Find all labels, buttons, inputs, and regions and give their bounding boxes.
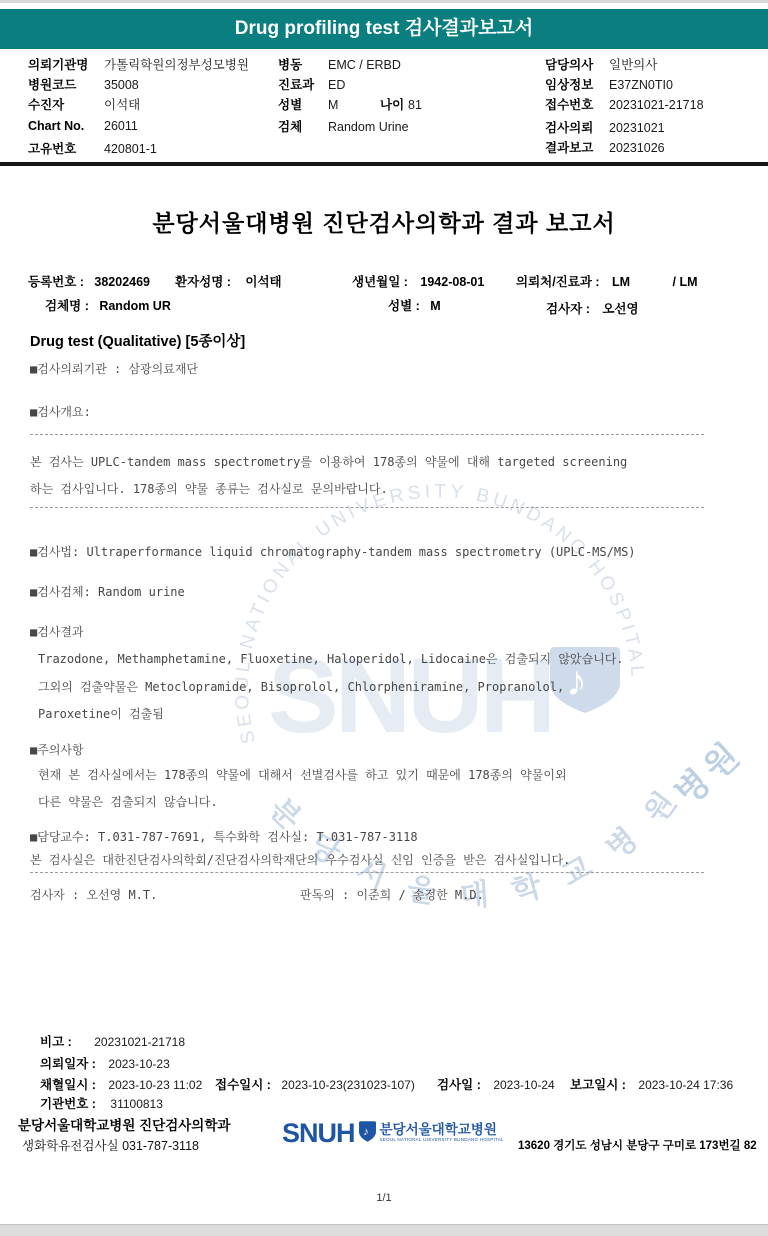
body-line: 하는 검사입니다. 178종의 약물 종류는 검사실로 문의바랍니다.	[30, 480, 388, 497]
dashed-divider	[30, 434, 704, 435]
field-label: 보고일시 :	[570, 1078, 626, 1092]
field-label: 진료과	[278, 75, 328, 93]
field-value: / LM	[673, 275, 698, 289]
footer-lab-phone: 생화학유전검사실 031-787-3118	[22, 1136, 199, 1154]
dashed-divider	[30, 872, 704, 873]
snuh-note-glyph: ♪	[363, 1126, 369, 1138]
body-line: 현재 본 검사실에서는 178종의 약물에 대해서 선별검사를 하고 있기 때문…	[38, 766, 567, 783]
field-label: 검사일 :	[437, 1078, 481, 1092]
snuh-logo-korean: 분당서울대학교병원	[380, 1122, 504, 1137]
body-line: ■검사결과	[30, 623, 84, 640]
footer-address: 13620 경기도 성남시 분당구 구미로 173번길 82	[518, 1137, 757, 1153]
field-label: 검체명 :	[45, 299, 89, 313]
snuh-logo-text: SNUH	[282, 1120, 355, 1146]
field-label: 환자성명 :	[175, 275, 231, 289]
body-line: 본 검사실은 대한진단검사의학회/진단검사의학재단의 우수검사실 신임 인증을 …	[30, 851, 570, 868]
field-label: 나이	[380, 95, 408, 113]
field-label: 검사의뢰	[545, 118, 609, 136]
field-value: 1942-08-01	[420, 275, 484, 289]
field-value: LM	[612, 275, 630, 289]
snuh-logo: SNUH ♪ 분당서울대학교병원 SEOUL NATIONAL UNIVERSI…	[282, 1120, 504, 1146]
field-value: 31100813	[110, 1097, 163, 1111]
field-value: 이석태	[245, 275, 281, 289]
field-label: 결과보고	[545, 138, 609, 156]
bottom-bar	[0, 1224, 768, 1236]
body-line: ■주의사항	[30, 741, 84, 758]
top-divider	[0, 0, 768, 3]
field-value: M	[430, 299, 440, 313]
body-line: Paroxetine이 검출됨	[38, 705, 164, 722]
field-label: 비고 :	[40, 1035, 72, 1049]
watermark-accent-text: 병원	[667, 732, 740, 813]
field-label: 성별 :	[388, 299, 420, 313]
field-value: 38202469	[94, 275, 150, 289]
field-value: 20231026	[609, 141, 665, 155]
body-line: 그외의 검출약물은 Metoclopramide, Bisoprolol, Ch…	[38, 678, 564, 695]
field-value: 420801-1	[104, 142, 157, 156]
snuh-logo-english: SEOUL NATIONAL UNIVERSITY BUNDANG HOSPIT…	[380, 1137, 504, 1142]
watermark-arc-top-text: SEOUL NATIONAL UNIVERSITY BUNDANG HOSPIT…	[232, 481, 648, 746]
signature-examiner: 검사자 : 오선영 M.T.	[30, 886, 157, 903]
snuh-shield-icon: ♪	[359, 1121, 376, 1142]
field-value: 35008	[104, 78, 139, 92]
field-value: 20231021	[609, 121, 665, 135]
field-value: 20231021-21718	[94, 1035, 185, 1049]
field-label: 병원코드	[28, 75, 104, 93]
field-label: Chart No.	[28, 119, 104, 133]
field-value: EMC / ERBD	[328, 58, 401, 72]
report-main-title: 분당서울대병원 진단검사의학과 결과 보고서	[0, 205, 768, 238]
field-value: 2023-10-23(231023-107)	[281, 1078, 414, 1092]
field-label: 검체	[278, 117, 328, 135]
report-banner-title: Drug profiling test 검사결과보고서	[0, 9, 768, 49]
field-value: 81	[408, 98, 422, 112]
field-label: 의뢰기관명	[28, 55, 104, 73]
field-label: 접수일시 :	[215, 1078, 271, 1092]
body-line: 다른 약물은 검출되지 않습니다.	[38, 793, 218, 810]
dashed-divider	[30, 507, 704, 508]
footer-department: 분당서울대학교병원 진단검사의학과	[18, 1114, 230, 1134]
field-label: 검사자 :	[30, 888, 86, 902]
field-label: 수진자	[28, 95, 104, 113]
field-value: 2023-10-24 17:36	[638, 1078, 733, 1092]
body-line: 본 검사는 UPLC-tandem mass spectrometry를 이용하…	[30, 453, 627, 470]
field-label: 의뢰처/진료과 :	[516, 275, 600, 289]
field-value: 오선영 M.T.	[86, 888, 157, 902]
field-value: 오선영	[602, 302, 638, 316]
field-label: 생년월일 :	[352, 275, 408, 289]
field-value: 2023-10-24	[493, 1078, 554, 1092]
field-label: 병동	[278, 55, 328, 73]
field-label: 담당의사	[545, 55, 609, 73]
test-name-heading: Drug test (Qualitative) [5종이상]	[30, 330, 245, 351]
field-label: 고유번호	[28, 139, 104, 157]
field-value: 일반의사	[609, 55, 657, 73]
page-number: 1/1	[0, 1192, 768, 1204]
body-line: ■검사법: Ultraperformance liquid chromatogr…	[30, 543, 636, 560]
field-value: E37ZN0TI0	[609, 78, 673, 92]
field-label: 성별	[278, 95, 328, 113]
field-label: 의뢰일자 :	[40, 1057, 96, 1071]
body-line: ■검사검체: Random urine	[30, 583, 185, 600]
field-value: 이석태	[104, 95, 140, 113]
body-line: ■검사의뢰기관 : 삼광의료재단	[30, 360, 198, 377]
field-label: 임상정보	[545, 75, 609, 93]
field-label: 채혈일시 :	[40, 1078, 96, 1092]
field-value: 20231021-21718	[609, 98, 704, 112]
field-label: 판독의 :	[300, 888, 356, 902]
signature-reader: 판독의 : 이준희 / 송정한 M.D.	[300, 886, 484, 903]
field-value: Random UR	[99, 299, 171, 313]
field-value: 이준희 / 송정한 M.D.	[356, 888, 483, 902]
section-divider-rule	[0, 162, 768, 166]
field-value: 26011	[104, 119, 138, 133]
field-label: 등록번호 :	[28, 275, 84, 289]
drug-profiling-report-page: SEOUL NATIONAL UNIVERSITY BUNDANG HOSPIT…	[0, 0, 768, 1236]
body-line: ■담당교수: T.031-787-7691, 특수화학 검사실: T.031-7…	[30, 828, 418, 845]
field-value: 가톨릭학원의정부성모병원	[104, 55, 249, 73]
field-label: 접수번호	[545, 95, 609, 113]
field-value: Random Urine	[328, 120, 409, 134]
body-line: ■검사개요:	[30, 403, 91, 420]
field-label: 기관번호 :	[40, 1097, 96, 1111]
field-value: 2023-10-23 11:02	[108, 1078, 202, 1092]
body-line: Trazodone, Methamphetamine, Fluoxetine, …	[38, 650, 624, 667]
field-value: M	[328, 98, 380, 112]
field-value: 2023-10-23	[108, 1057, 169, 1071]
field-label: 검사자 :	[546, 302, 590, 316]
field-value: ED	[328, 78, 345, 92]
